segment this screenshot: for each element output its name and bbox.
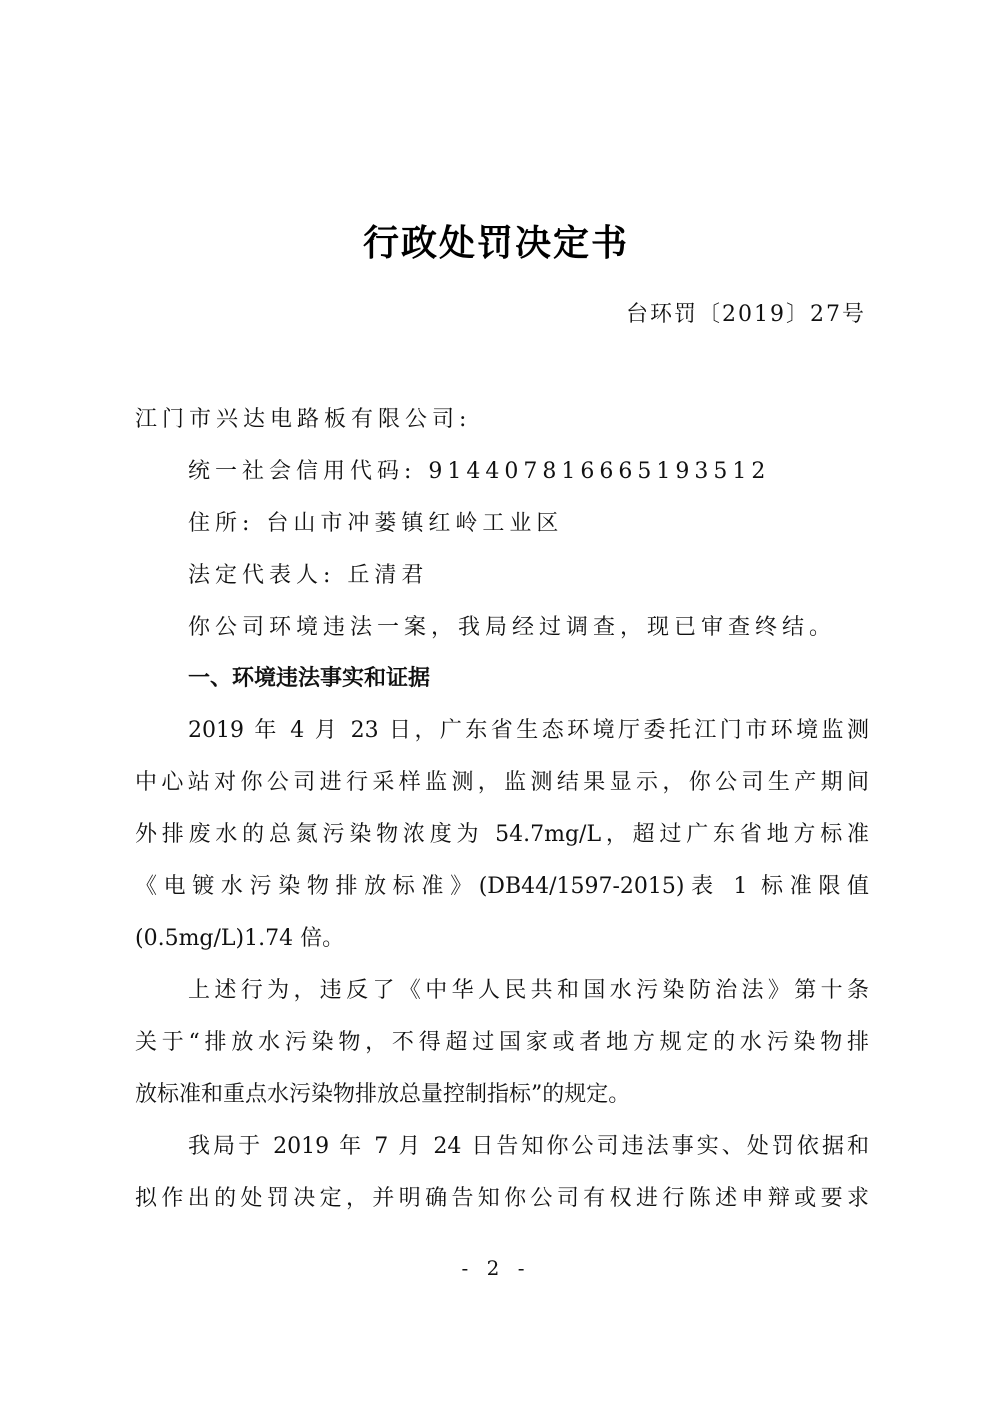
document-title: 行政处罚决定书 bbox=[0, 215, 992, 266]
document-number: 台环罚〔2019〕27号 bbox=[626, 297, 866, 328]
paragraph-line: 2019 年 4 月 23 日，广东省生态环境厅委托江门市环境监测 bbox=[188, 716, 869, 746]
document-page: 行政处罚决定书 台环罚〔2019〕27号 江门市兴达电路板有限公司: 统一社会信… bbox=[0, 0, 992, 1403]
page-number: - 2 - bbox=[0, 1256, 992, 1280]
credit-code-line: 统一社会信用代码: 914407816665193512 bbox=[188, 457, 869, 487]
address-line: 住所: 台山市冲蒌镇红岭工业区 bbox=[188, 509, 869, 539]
paragraph-line: 中心站对你公司进行采样监测，监测结果显示，你公司生产期间 bbox=[135, 768, 869, 798]
paragraph-line: 拟作出的处罚决定，并明确告知你公司有权进行陈述申辩或要求 bbox=[135, 1184, 869, 1214]
paragraph-line: 我局于 2019 年 7 月 24 日告知你公司违法事实、处罚依据和 bbox=[188, 1132, 869, 1162]
section-heading: 一、环境违法事实和证据 bbox=[188, 664, 869, 694]
paragraph-line: (0.5mg/L)1.74 倍。 bbox=[135, 924, 869, 954]
legal-representative-line: 法定代表人: 丘清君 bbox=[188, 561, 869, 591]
paragraph-line: 上述行为，违反了《中华人民共和国水污染防治法》第十条 bbox=[188, 976, 869, 1006]
paragraph-line: 关于“排放水污染物，不得超过国家或者地方规定的水污染物排 bbox=[135, 1028, 869, 1058]
paragraph-line: 外排废水的总氮污染物浓度为 54.7mg/L，超过广东省地方标准 bbox=[135, 820, 869, 850]
paragraph-line: 《电镀水污染物排放标准》(DB44/1597-2015)表 1 标准限值 bbox=[135, 872, 869, 902]
paragraph-line: 放标准和重点水污染物排放总量控制指标”的规定。 bbox=[135, 1080, 869, 1110]
intro-paragraph: 你公司环境违法一案，我局经过调查，现已审查终结。 bbox=[188, 613, 869, 643]
recipient-line: 江门市兴达电路板有限公司: bbox=[135, 405, 869, 435]
